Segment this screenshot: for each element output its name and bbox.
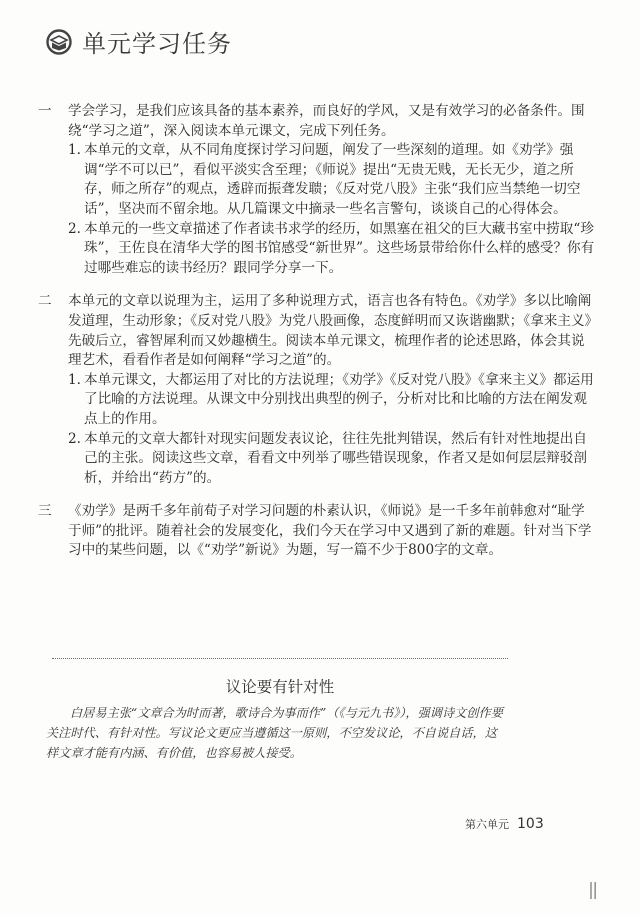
dotted-divider bbox=[52, 658, 508, 659]
page-footer: 第六单元 103 bbox=[465, 816, 544, 832]
subtask-text: 本单元课文，大都运用了对比的方法说理；《劝学》《反对党八股》《拿来主义》都运用了… bbox=[84, 371, 598, 430]
task-item: 三 《劝学》是两千多年前荀子对学习问题的朴素认识，《师说》是一千多年前韩愈对“耻… bbox=[38, 502, 598, 561]
task-number: 二 bbox=[38, 292, 68, 488]
subtask-item: 1. 本单元课文，大都运用了对比的方法说理；《劝学》《反对党八股》《拿来主义》都… bbox=[68, 371, 598, 430]
subtask-item: 2. 本单元的一些文章描述了作者读书求学的经历，如黑塞在祖父的巨大藏书室中捞取“… bbox=[68, 220, 598, 279]
subtask-text: 本单元的文章大都针对现实问题发表议论，往往先批判错误，然后有针对性地提出自己的主… bbox=[84, 430, 598, 489]
task-item: 一 学会学习，是我们应该具备的基本素养，而良好的学风，又是有效学习的必备条件。围… bbox=[38, 102, 598, 278]
task-number: 一 bbox=[38, 102, 68, 278]
subtask-text: 本单元的文章，从不同角度探讨学习问题，阐发了一些深刻的道理。如《劝学》强调“学不… bbox=[84, 141, 598, 219]
sidebox-body: 白居易主张“文章合为时而著，歌诗合为事而作”（《与元九书》），强调诗文创作要关注… bbox=[46, 703, 506, 763]
subtask-number: 1. bbox=[68, 141, 84, 219]
page-title: 单元学习任务 bbox=[82, 24, 232, 59]
task-number: 三 bbox=[38, 502, 68, 561]
task-text: 本单元的文章以说理为主，运用了多种说理方式，语言也各有特色。《劝学》多以比喻阐发… bbox=[68, 292, 598, 370]
task-list: 一 学会学习，是我们应该具备的基本素养，而良好的学风，又是有效学习的必备条件。围… bbox=[38, 102, 598, 561]
subtask-item: 2. 本单元的文章大都针对现实问题发表议论，往往先批判错误，然后有针对性地提出自… bbox=[68, 430, 598, 489]
subtask-text: 本单元的一些文章描述了作者读书求学的经历，如黑塞在祖父的巨大藏书室中捞取“珍珠”… bbox=[84, 220, 598, 279]
subtask-number: 2. bbox=[68, 430, 84, 489]
task-text: 《劝学》是两千多年前荀子对学习问题的朴素认识，《师说》是一千多年前韩愈对“耻学于… bbox=[68, 502, 598, 561]
task-item: 二 本单元的文章以说理为主，运用了多种说理方式，语言也各有特色。《劝学》多以比喻… bbox=[38, 292, 598, 488]
handwritten-mark: ll bbox=[588, 880, 596, 905]
unit-label: 第六单元 bbox=[465, 816, 509, 832]
subtask-number: 1. bbox=[68, 371, 84, 430]
subtask-number: 2. bbox=[68, 220, 84, 279]
section-header: 单元学习任务 bbox=[46, 24, 232, 59]
graduation-cap-icon bbox=[46, 29, 72, 55]
sidebox-title: 议论要有针对性 bbox=[0, 675, 560, 697]
subtask-item: 1. 本单元的文章，从不同角度探讨学习问题，阐发了一些深刻的道理。如《劝学》强调… bbox=[68, 141, 598, 219]
task-text: 学会学习，是我们应该具备的基本素养，而良好的学风，又是有效学习的必备条件。围绕“… bbox=[68, 102, 598, 141]
page-number: 103 bbox=[517, 816, 544, 832]
